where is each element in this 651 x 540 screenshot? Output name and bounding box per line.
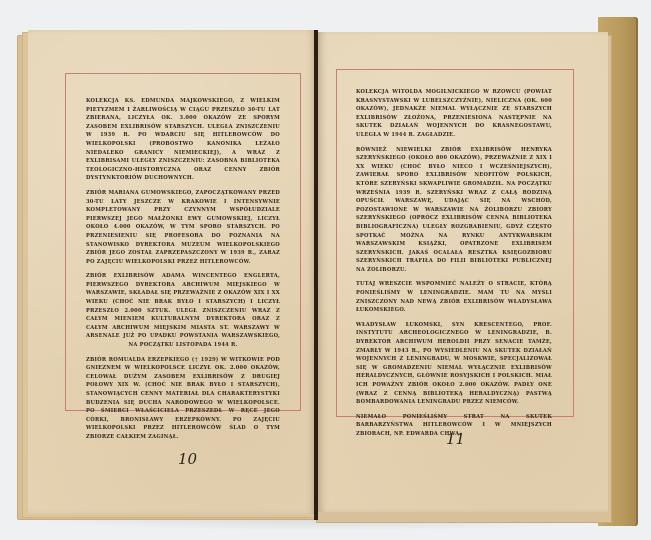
- page-number-right: 11: [446, 430, 465, 448]
- paragraph-szerynski: Również niewielki zbiór exlibrisów Henry…: [356, 146, 552, 275]
- paragraph-lukomski: Władysław Łukomski, syn Krescentego, pro…: [356, 321, 552, 407]
- book-spine-gutter: [314, 30, 318, 520]
- paragraph-leningrad-loss: Tutaj wreszcie wspomnieć należy o straci…: [356, 280, 552, 314]
- page-number-left: 10: [178, 450, 197, 468]
- paragraph-majkowski: Kolekcja ks. Edmunda Majkowskiego, z wie…: [86, 97, 280, 183]
- paragraph-erzepki: Zbiór Romualda Erzepkiego († 1929) w Wit…: [86, 356, 280, 442]
- right-page-text: Kolekcja Witolda Mogilnickiego w Rzowcu …: [356, 88, 552, 445]
- paragraph-gumowski: Zbiór Mariana Gumowskiego, zapoczątkowan…: [86, 189, 280, 266]
- paragraph-englert: Zbiór exlibrisów Adama Wincentego Engler…: [86, 272, 280, 349]
- left-page-text: Kolekcja ks. Edmunda Majkowskiego, z wie…: [86, 97, 280, 448]
- paragraph-mogilnicki: Kolekcja Witolda Mogilnickiego w Rzowcu …: [356, 88, 552, 140]
- book-photo-scene: Kolekcja ks. Edmunda Majkowskiego, z wie…: [0, 0, 651, 540]
